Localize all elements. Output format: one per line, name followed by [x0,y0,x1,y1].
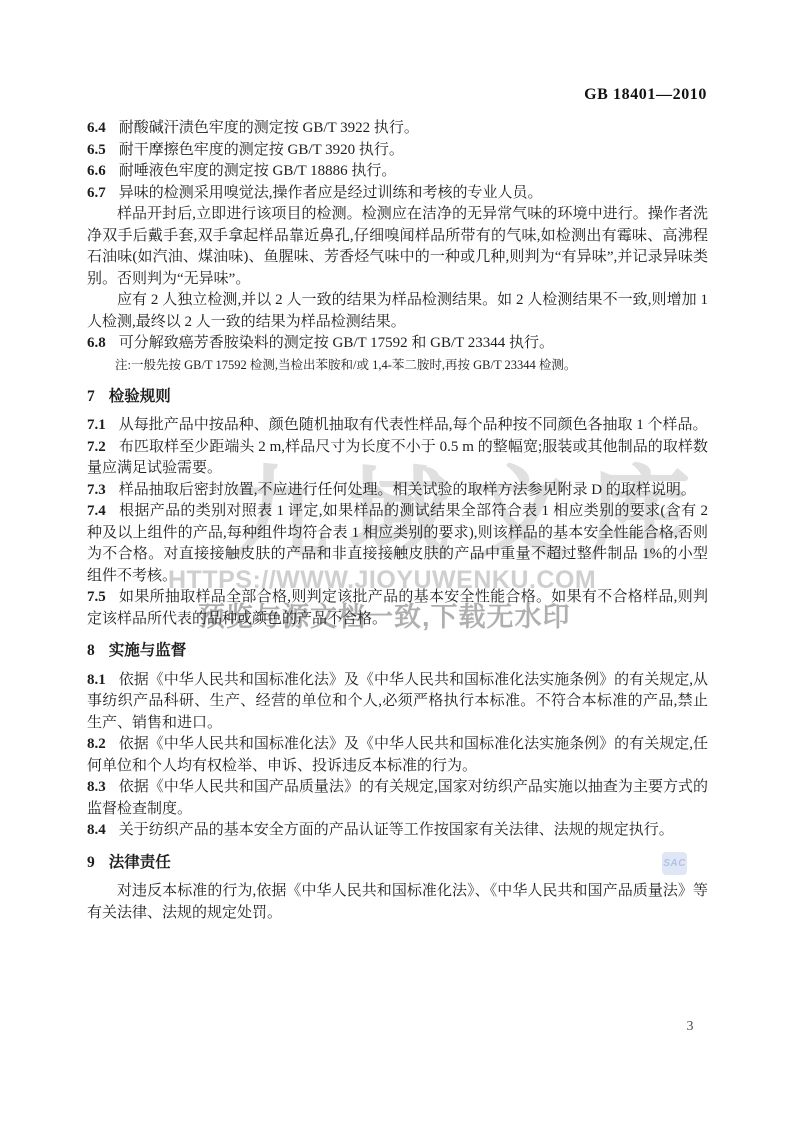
clause-number: 6.4 [87,120,106,136]
clause-6-7: 6.7异味的检测采用嗅觉法,操作者应是经过训练和考核的专业人员。 [87,183,708,205]
clause-text: 可分解致癌芳香胺染料的测定按 GB/T 17592 和 GB/T 23344 执… [119,335,554,351]
section-number: 8 [87,642,95,659]
page-number: 3 [680,1019,700,1035]
clause-7-4: 7.4根据产品的类别对照表 1 评定,如果样品的测试结果全部符合表 1 相应类别… [87,501,708,587]
clause-number: 8.4 [87,822,106,838]
section-title: 法律责任 [109,854,171,871]
clause-text: 根据产品的类别对照表 1 评定,如果样品的测试结果全部符合表 1 相应类别的要求… [87,503,708,584]
note-6-8: 注:一般先按 GB/T 17592 检测,当检出苯胺和/或 1,4-苯二胺时,再… [115,355,708,376]
section-8-heading: 8实施与监督 [87,640,708,662]
section-title: 实施与监督 [109,642,187,659]
document-body: 6.4耐酸碱汗渍色牢度的测定按 GB/T 3922 执行。 6.5耐干摩擦色牢度… [87,118,708,924]
clause-number: 6.5 [87,142,106,158]
document-page: 九域文库 HTTPS://WWW.JIOYUWENKU.COM 预览与源文档一致… [0,0,793,1122]
clause-number: 8.1 [87,672,106,688]
clause-number: 6.6 [87,163,106,179]
clause-6-8: 6.8可分解致癌芳香胺染料的测定按 GB/T 17592 和 GB/T 2334… [87,333,708,355]
clause-7-1: 7.1从每批产品中按品种、颜色随机抽取有代表性样品,每个品种按不同颜色各抽取 1… [87,415,708,437]
paragraph-legal-liability: 对违反本标准的行为,依据《中华人民共和国标准化法》、《中华人民共和国产品质量法》… [87,881,708,924]
clause-8-2: 8.2依据《中华人民共和国标准化法》及《中华人民共和国标准化法实施条例》的有关规… [87,734,708,777]
clause-number: 6.8 [87,335,106,351]
clause-number: 7.2 [87,439,106,455]
clause-text: 异味的检测采用嗅觉法,操作者应是经过训练和考核的专业人员。 [119,185,543,201]
clause-text: 布匹取样至少距端头 2 m,样品尺寸为长度不小于 0.5 m 的整幅宽;服装或其… [87,439,708,477]
section-title: 检验规则 [109,388,171,405]
clause-8-1: 8.1依据《中华人民共和国标准化法》及《中华人民共和国标准化法实施条例》的有关规… [87,670,708,735]
clause-text: 依据《中华人民共和国标准化法》及《中华人民共和国标准化法实施条例》的有关规定,任… [87,736,708,774]
clause-text: 耐干摩擦色牢度的测定按 GB/T 3920 执行。 [119,142,404,158]
clause-text: 依据《中华人民共和国标准化法》及《中华人民共和国标准化法实施条例》的有关规定,从… [87,672,708,731]
clause-text: 从每批产品中按品种、颜色随机抽取有代表性样品,每个品种按不同颜色各抽取 1 个样… [119,417,708,433]
section-9-heading: 9法律责任 [87,852,708,874]
clause-number: 7.4 [87,503,106,519]
clause-6-6: 6.6耐唾液色牢度的测定按 GB/T 18886 执行。 [87,161,708,183]
clause-number: 7.1 [87,417,106,433]
paragraph-odor-test-procedure: 样品开封后,立即进行该项目的检测。检测应在洁净的无异常气味的环境中进行。操作者洗… [87,204,708,290]
clause-number: 7.5 [87,589,106,605]
clause-number: 8.3 [87,779,106,795]
clause-7-2: 7.2布匹取样至少距端头 2 m,样品尺寸为长度不小于 0.5 m 的整幅宽;服… [87,437,708,480]
clause-7-5: 7.5如果所抽取样品全部合格,则判定该批产品的基本安全性能合格。如果有不合格样品… [87,587,708,630]
clause-text: 样品抽取后密封放置,不应进行任何处理。相关试验的取样方法参见附录 D 的取样说明… [119,482,696,498]
clause-text: 耐酸碱汗渍色牢度的测定按 GB/T 3922 执行。 [119,120,419,136]
section-number: 7 [87,388,95,405]
section-7-heading: 7检验规则 [87,386,708,408]
clause-8-4: 8.4关于纺织产品的基本安全方面的产品认证等工作按国家有关法律、法规的规定执行。 [87,820,708,842]
clause-text: 依据《中华人民共和国产品质量法》的有关规定,国家对纺织产品实施以抽查为主要方式的… [87,779,708,817]
standard-number-header: GB 18401—2010 [0,86,707,104]
clause-7-3: 7.3样品抽取后密封放置,不应进行任何处理。相关试验的取样方法参见附录 D 的取… [87,480,708,502]
clause-text: 关于纺织产品的基本安全方面的产品认证等工作按国家有关法律、法规的规定执行。 [119,822,674,838]
clause-number: 6.7 [87,185,106,201]
section-number: 9 [87,854,95,871]
paragraph-two-person-test: 应有 2 人独立检测,并以 2 人一致的结果为样品检测结果。如 2 人检测结果不… [87,290,708,333]
clause-6-5: 6.5耐干摩擦色牢度的测定按 GB/T 3920 执行。 [87,140,708,162]
clause-text: 耐唾液色牢度的测定按 GB/T 18886 执行。 [119,163,397,179]
clause-text: 如果所抽取样品全部合格,则判定该批产品的基本安全性能合格。如果有不合格样品,则判… [87,589,708,627]
clause-number: 7.3 [87,482,106,498]
clause-8-3: 8.3依据《中华人民共和国产品质量法》的有关规定,国家对纺织产品实施以抽查为主要… [87,777,708,820]
clause-number: 8.2 [87,736,106,752]
clause-6-4: 6.4耐酸碱汗渍色牢度的测定按 GB/T 3922 执行。 [87,118,708,140]
